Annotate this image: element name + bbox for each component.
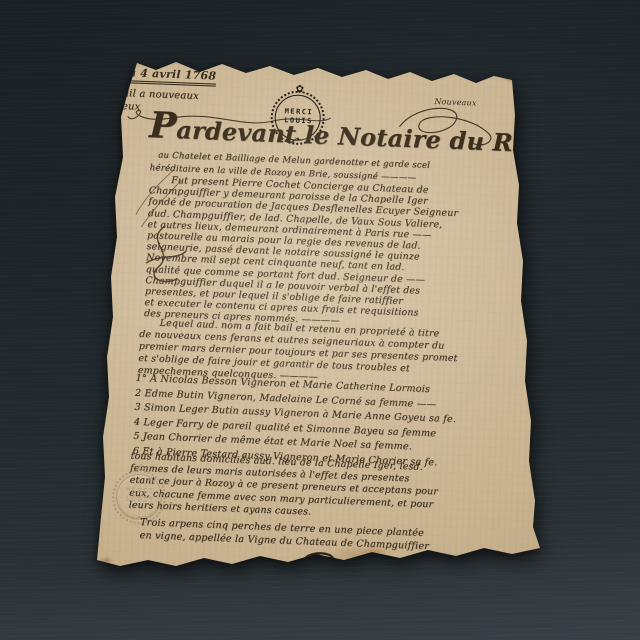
body-paragraph-3: tous habitans domiciliés aud. lieu de la… (128, 451, 439, 524)
manuscript-content: Du 4 avril 1768 Bail a nouveauxlieux Nou… (68, 53, 550, 602)
date-note: Du 4 avril 1768 (118, 66, 217, 87)
body-paragraph-1: Fut present Pierre Cochet Concierge au C… (144, 174, 459, 331)
parchment-sheet: Du 4 avril 1768 Bail a nouveauxlieux Nou… (88, 55, 550, 587)
wreath-icon: ✿ (114, 463, 168, 475)
wreath-icon: ✿ (273, 84, 327, 96)
manuscript-photo: Du 4 avril 1768 Bail a nouveauxlieux Nou… (88, 55, 550, 587)
closing-paraph (294, 548, 341, 576)
body-paragraph-4: Trois arpens cinq perches de terre en un… (139, 516, 429, 554)
